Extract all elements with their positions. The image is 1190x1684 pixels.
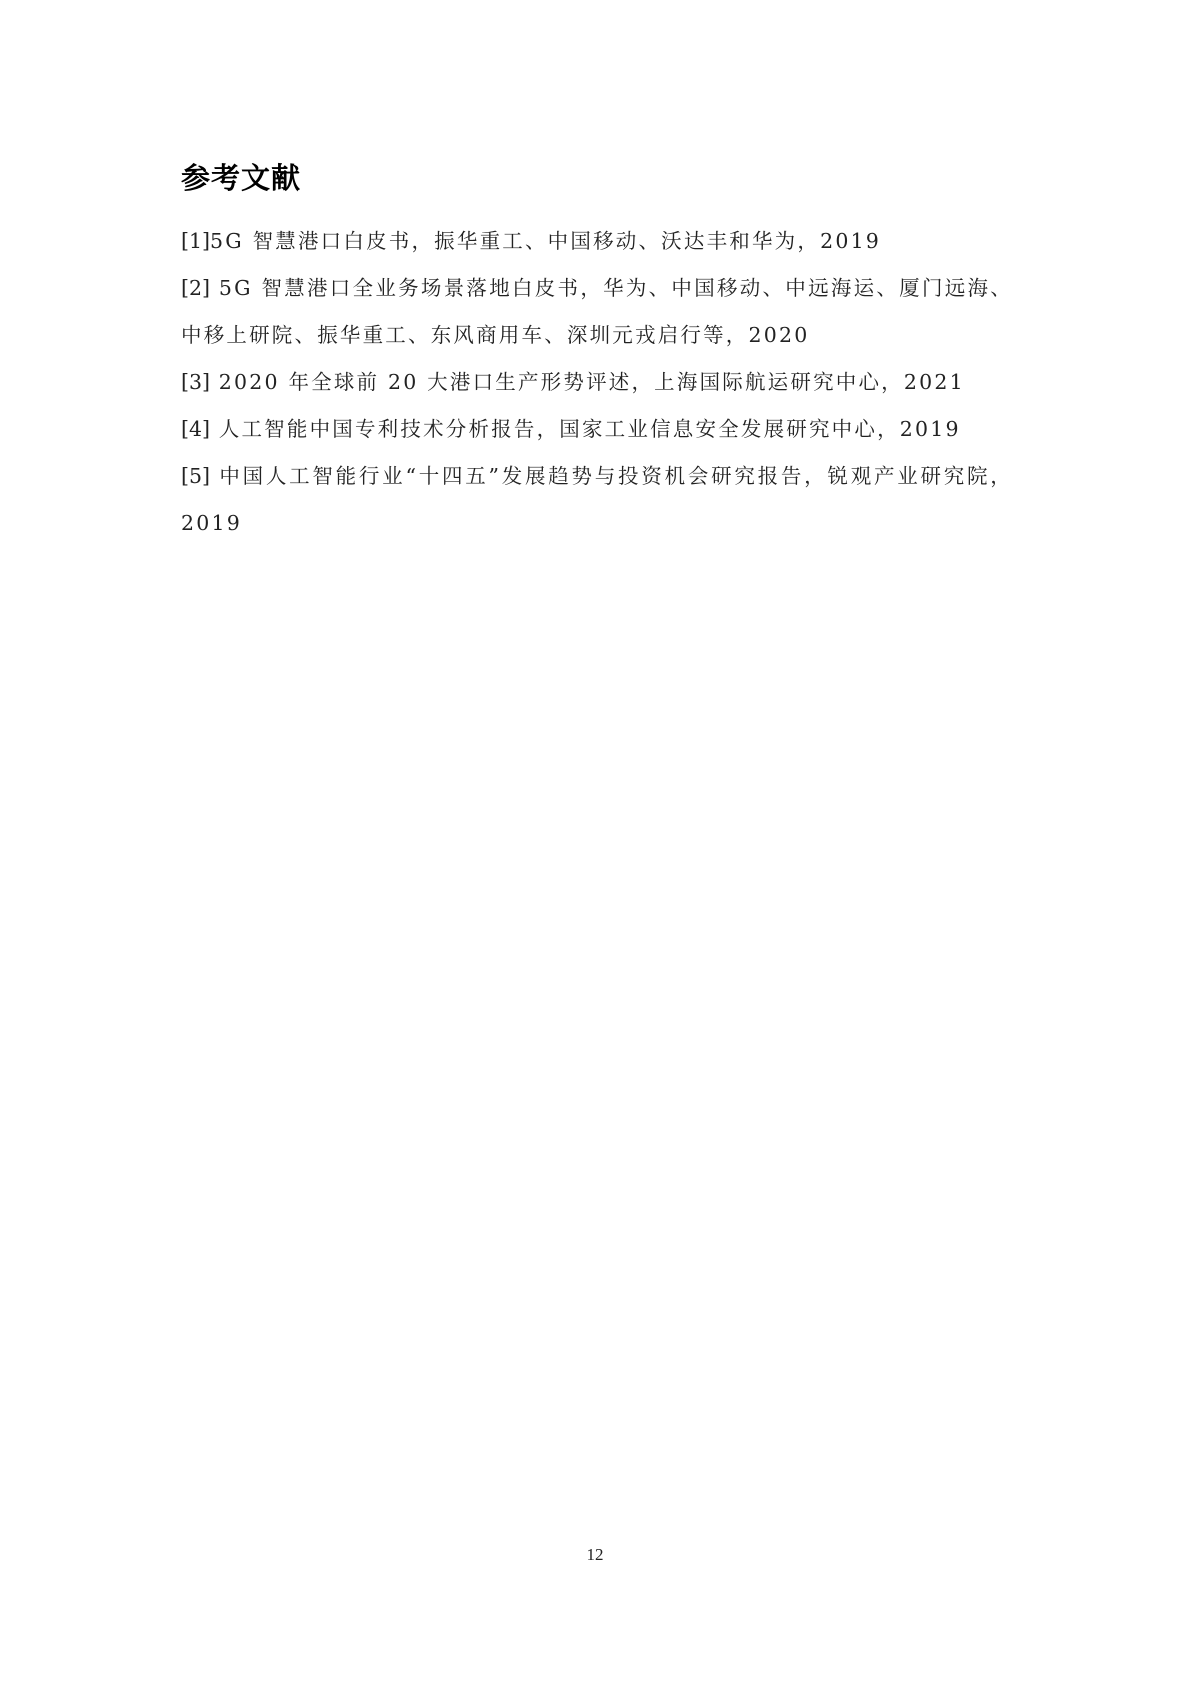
reference-number: [3]	[181, 370, 210, 394]
reference-item-2: [2] 5G 智慧港口全业务场景落地白皮书，华为、中国移动、中远海运、厦门远海、…	[181, 265, 1013, 359]
reference-text: 5G 智慧港口全业务场景落地白皮书，华为、中国移动、中远海运、厦门远海、中移上研…	[181, 276, 1013, 347]
reference-text: 2020 年全球前 20 大港口生产形势评述，上海国际航运研究中心，2021	[219, 370, 965, 394]
reference-item-4: [4] 人工智能中国专利技术分析报告，国家工业信息安全发展研究中心，2019	[181, 406, 1013, 453]
page-number: 12	[0, 1545, 1190, 1565]
reference-text: 人工智能中国专利技术分析报告，国家工业信息安全发展研究中心，2019	[219, 417, 961, 441]
reference-text: 中国人工智能行业“十四五”发展趋势与投资机会研究报告，锐观产业研究院，2019	[181, 464, 1013, 535]
reference-number: [1]	[181, 229, 210, 253]
reference-number: [5]	[181, 464, 210, 488]
reference-text: 5G 智慧港口白皮书，振华重工、中国移动、沃达丰和华为，2019	[210, 229, 881, 253]
reference-item-3: [3] 2020 年全球前 20 大港口生产形势评述，上海国际航运研究中心，20…	[181, 359, 1013, 406]
reference-number: [4]	[181, 417, 210, 441]
document-page: 参考文献 [1]5G 智慧港口白皮书，振华重工、中国移动、沃达丰和华为，2019…	[0, 0, 1190, 1684]
reference-item-1: [1]5G 智慧港口白皮书，振华重工、中国移动、沃达丰和华为，2019	[181, 218, 1013, 265]
reference-list: [1]5G 智慧港口白皮书，振华重工、中国移动、沃达丰和华为，2019 [2] …	[181, 218, 1013, 547]
reference-number: [2]	[181, 276, 210, 300]
section-heading-references: 参考文献	[181, 156, 301, 197]
reference-item-5: [5] 中国人工智能行业“十四五”发展趋势与投资机会研究报告，锐观产业研究院，2…	[181, 453, 1013, 547]
